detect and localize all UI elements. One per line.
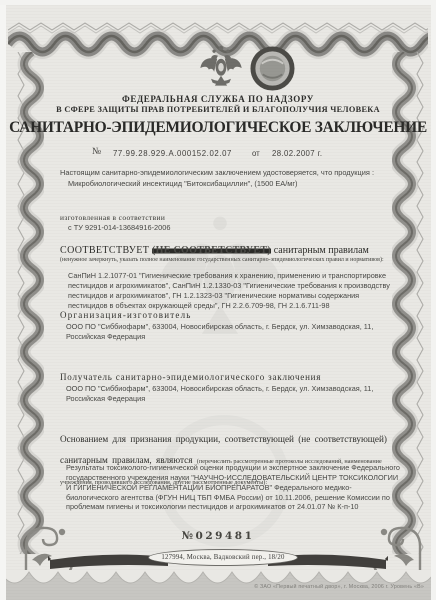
- number-sign: №: [92, 147, 101, 157]
- document-date: 28.02.2007 г.: [272, 149, 322, 158]
- scanned-certificate-page: ФЕДЕРАЛЬНАЯ СЛУЖБА ПО НАДЗОРУ В СФЕРЕ ЗА…: [0, 0, 436, 600]
- complies-label: СООТВЕТСТВУЕТ: [60, 245, 149, 256]
- tu-reference: с ТУ 9291-014-13684916-2006: [68, 223, 171, 233]
- manufacturer-address: ООО ПО "Сиббиофарм", 633004, Новосибирск…: [66, 322, 396, 342]
- not-complies-struck-label: (НЕ СООТВЕТСТВУЕТ): [152, 245, 271, 256]
- round-seal-icon: [250, 46, 295, 91]
- strike-instruction-note: (ненужное зачеркнуть, указать полное наи…: [60, 257, 390, 265]
- product-name: Микробиологический инсектицид "Битоксиба…: [68, 179, 398, 189]
- made-in-accordance-label: изготовленная в соответствии: [60, 213, 165, 223]
- agency-name-line1: ФЕДЕРАЛЬНАЯ СЛУЖБА ПО НАДЗОРУ: [0, 94, 436, 104]
- document-number: 77.99.28.929.А.000152.02.07: [113, 149, 232, 158]
- document-title: САНИТАРНО-ЭПИДЕМИОЛОГИЧЕСКОЕ ЗАКЛЮЧЕНИЕ: [0, 119, 436, 137]
- scan-margin-right: [431, 0, 436, 600]
- certify-intro: Настоящим санитарно-эпидемиологическим з…: [60, 168, 405, 178]
- coat-of-arms-icon: [198, 44, 244, 92]
- number-row: № 77.99.28.929.А.000152.02.07 от 28.02.2…: [0, 147, 436, 159]
- rules-list: СанПиН 1.2.1077-01 "Гигиенические требов…: [68, 271, 400, 310]
- address-band: 127994, Москва, Вадковский пер., 18/20: [148, 549, 298, 566]
- scan-margin-top: [0, 0, 436, 5]
- recipient-heading: Получатель санитарно-эпидемиологического…: [60, 372, 321, 382]
- manufacturer-heading: Организация-изготовитель: [60, 310, 192, 320]
- basis-details: Результаты токсиколого-гигиенической оце…: [66, 463, 404, 512]
- scan-margin-left: [0, 0, 6, 600]
- compliance-statement: СООТВЕТСТВУЕТ (НЕ СООТВЕТСТВУЕТ) санитар…: [60, 245, 369, 256]
- recipient-address: ООО ПО "Сиббиофарм", 633004, Новосибирск…: [66, 384, 396, 404]
- scalloped-edge: [0, 570, 436, 596]
- sanitary-rules-label: санитарным правилам: [274, 245, 369, 256]
- agency-name-line2: В СФЕРЕ ЗАЩИТЫ ПРАВ ПОТРЕБИТЕЛЕЙ И БЛАГО…: [0, 105, 436, 114]
- date-label: от: [252, 149, 260, 158]
- print-credit: © ЗАО «Первый печатный двор», г. Москва,…: [254, 584, 424, 590]
